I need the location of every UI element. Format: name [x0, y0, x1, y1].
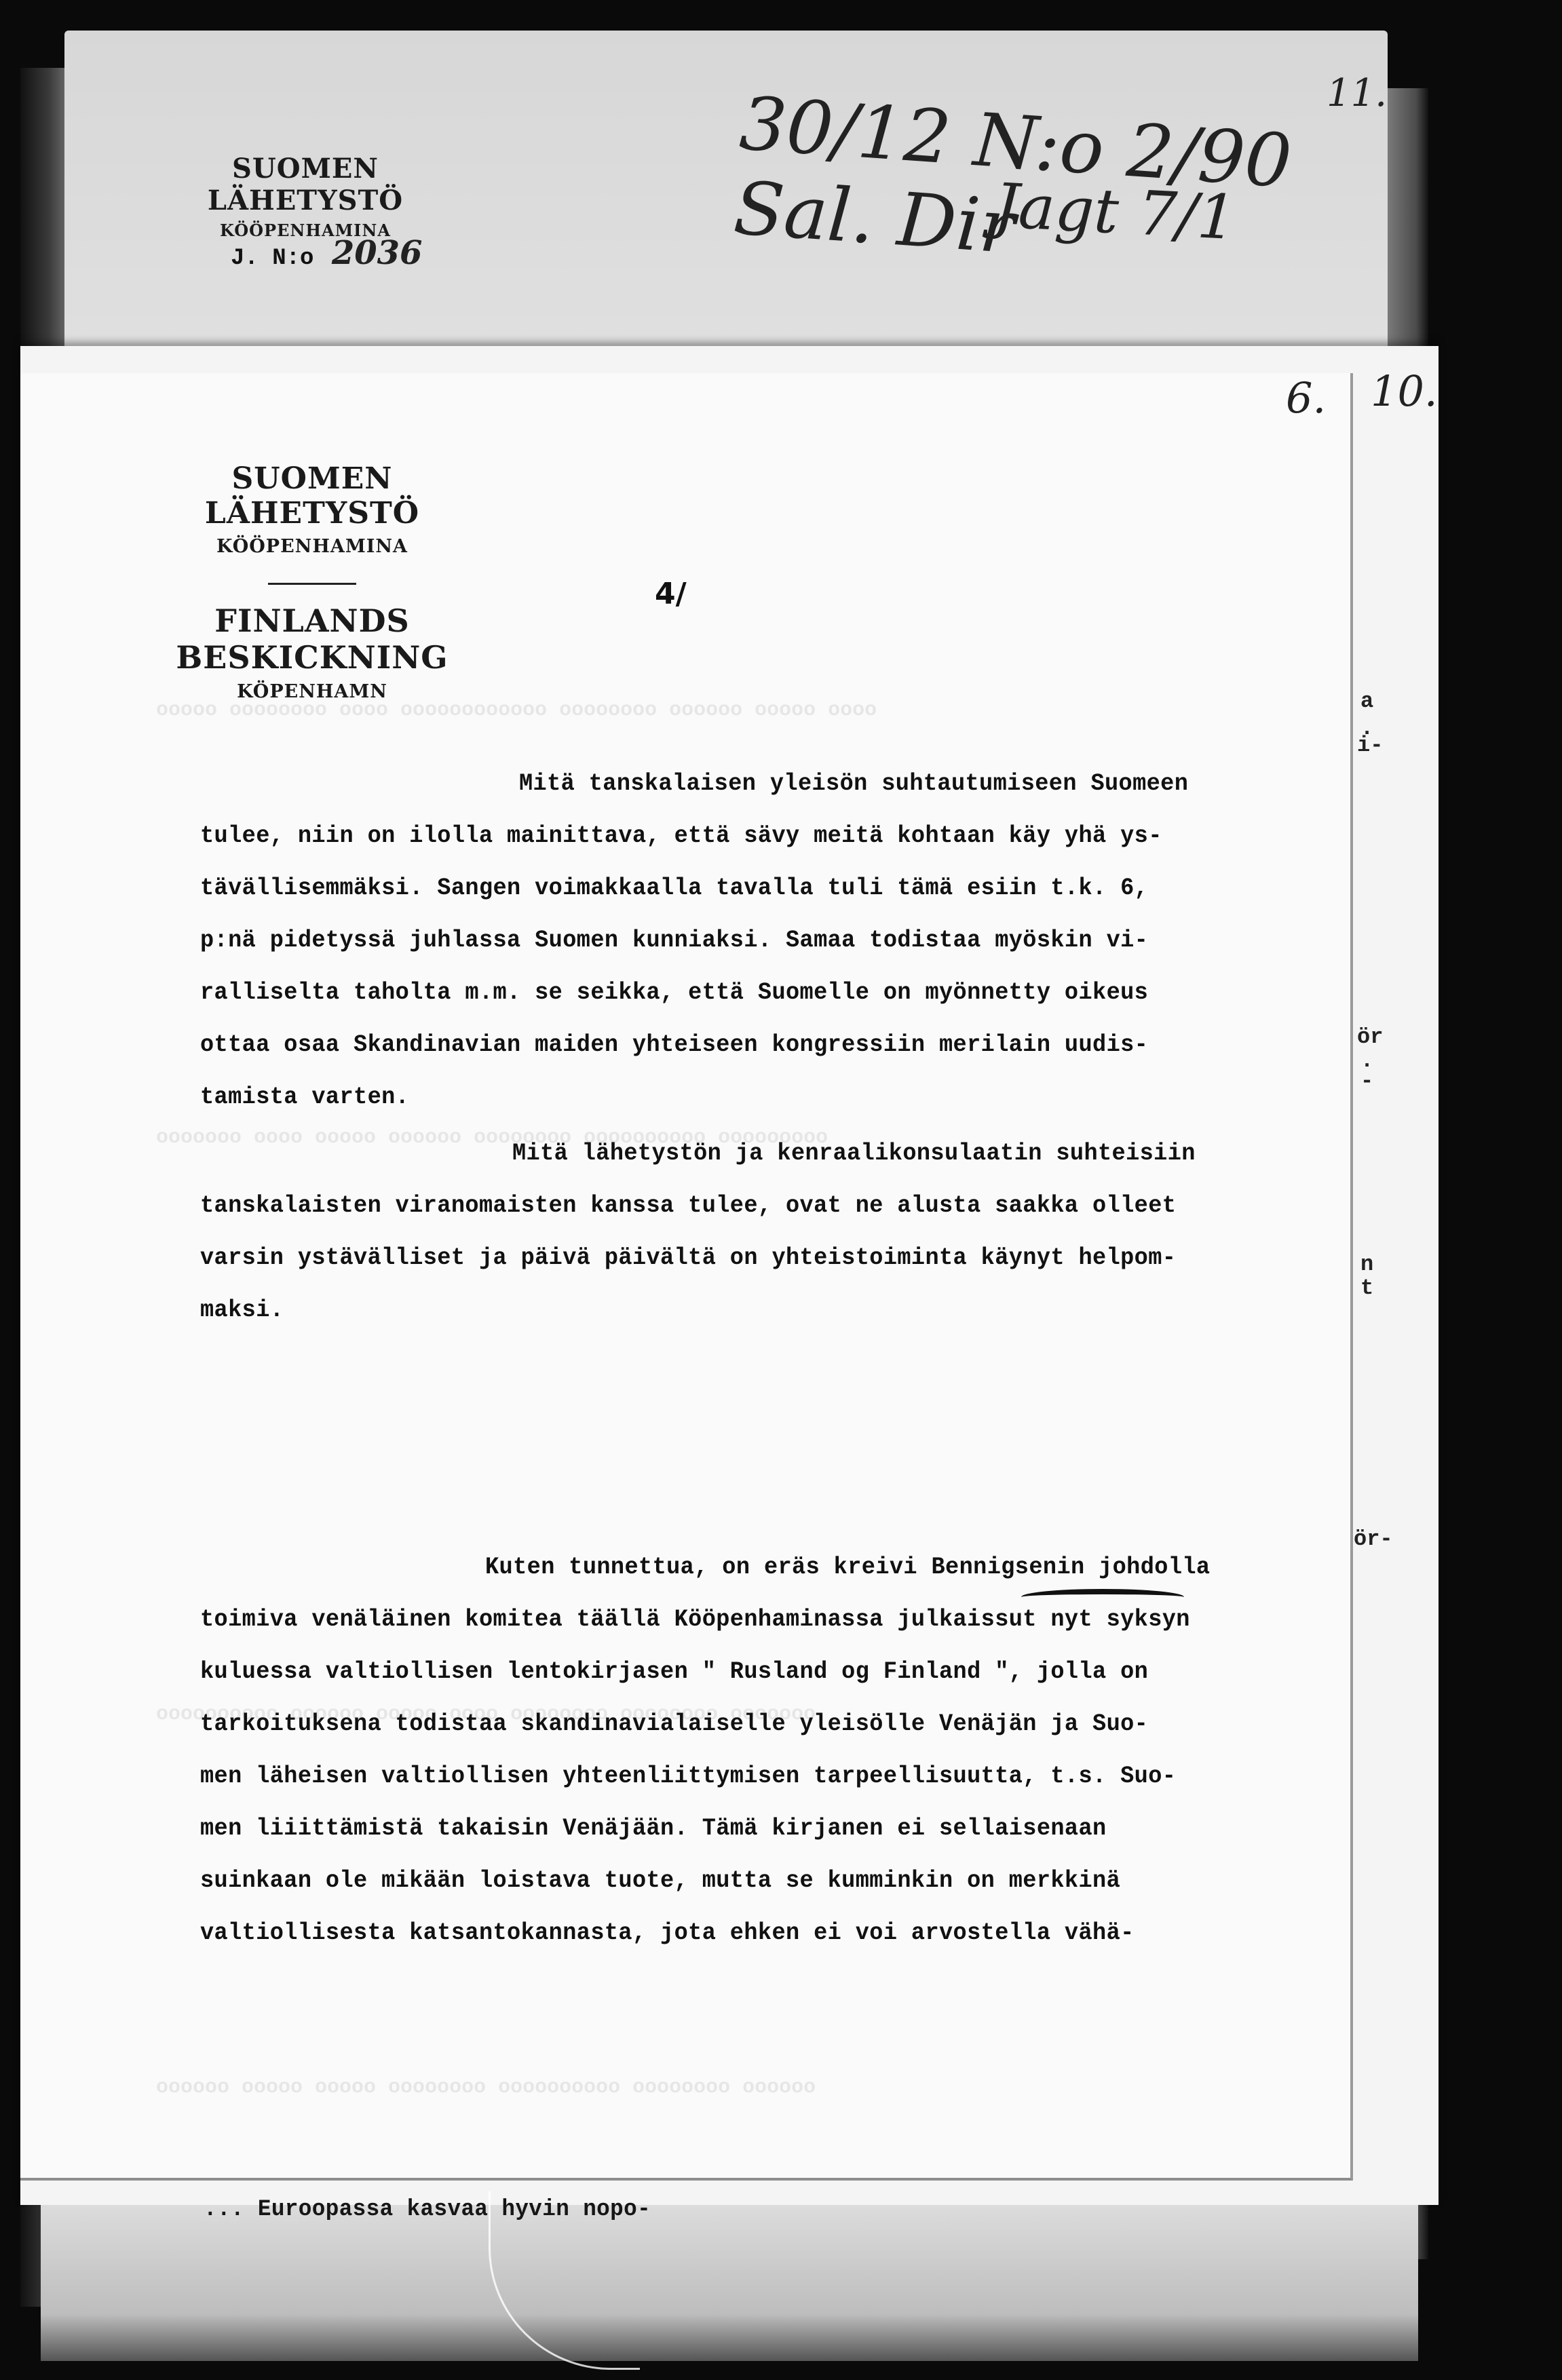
front-sheet: ooooo oooooooo oooo oooooooooooo ooooooo…	[20, 346, 1439, 2205]
journal-number: J. N:o 2036	[231, 234, 422, 272]
margin-fragment: ör	[1357, 1024, 1383, 1050]
body-line: tarkoituksena todistaa skandinavialaisel…	[200, 1710, 1148, 1738]
body-line: p:nä pidetyssä juhlassa Suomen kunniaksi…	[200, 927, 1148, 954]
letterhead-finnish-line1: SUOMEN LÄHETYSTÖ	[122, 461, 502, 531]
body-line: ottaa osaa Skandinavian maiden yhteiseen…	[200, 1031, 1148, 1058]
back-letterhead: SUOMEN LÄHETYSTÖ KÖÖPENHAMINA	[163, 153, 448, 240]
body-line: varsin ystävälliset ja päivä päivältä on…	[200, 1244, 1176, 1271]
margin-fragment: ör-	[1354, 1527, 1393, 1552]
section-number: 4/	[655, 577, 687, 611]
handwritten-reference-line2: Jagt 7/1	[992, 170, 1238, 254]
body-line: toimiva venäläinen komitea täällä Kööpen…	[200, 1606, 1190, 1633]
bleed-through-text: oooooo ooooo ooooo oooooooo oooooooooo o…	[156, 2076, 816, 2099]
letterhead-swedish-line1: FINLANDS BESKICKNING	[122, 602, 502, 676]
letterhead-finnish-line2: KÖÖPENHAMINA	[122, 536, 502, 557]
body-line: Kuten tunnettua, on eräs kreivi Bennigse…	[485, 1554, 1210, 1581]
body-line: men liiittämistä takaisin Venäjään. Tämä…	[200, 1815, 1107, 1842]
page-number-inner: 6.	[1286, 373, 1326, 423]
body-line: tanskalaisten viranomaisten kanssa tulee…	[200, 1192, 1176, 1219]
body-line: tulee, niin on ilolla mainittava, että s…	[200, 822, 1162, 849]
journal-number-value: 2036	[332, 234, 423, 272]
body-line: maksi.	[200, 1297, 284, 1324]
letterhead-swedish-line2: KÖPENHAMN	[122, 681, 502, 702]
margin-fragment: t	[1360, 1275, 1373, 1301]
back-page-number: 11.	[1327, 71, 1387, 115]
body-line: tävällisemmäksi. Sangen voimakkaalla tav…	[200, 875, 1148, 902]
journal-number-label: J. N:o	[231, 246, 313, 271]
back-letterhead-line1: SUOMEN LÄHETYSTÖ	[163, 153, 448, 216]
body-line: Mitä tanskalaisen yleisön suhtautumiseen…	[519, 770, 1188, 797]
body-line: kuluessa valtiollisen lentokirjasen " Ru…	[200, 1658, 1148, 1685]
body-line: suinkaan ole mikään loistava tuote, mutt…	[200, 1867, 1120, 1894]
letterhead-divider	[268, 583, 356, 585]
page-number-outer: 10.	[1371, 366, 1438, 416]
margin-fragment: n	[1360, 1252, 1373, 1277]
margin-fragment: -	[1360, 1069, 1373, 1094]
handwritten-underline-mark	[1021, 1589, 1184, 1605]
lower-sheet: ... Euroopassa kasvaa hyvin nopo-	[41, 2205, 1418, 2361]
body-line: ralliselta taholta m.m. se seikka, että …	[200, 979, 1148, 1006]
letterhead: SUOMEN LÄHETYSTÖ KÖÖPENHAMINA FINLANDS B…	[122, 461, 502, 702]
body-line: tamista varten.	[200, 1083, 409, 1111]
body-line: Mitä lähetystön ja kenraalikonsulaatin s…	[512, 1140, 1196, 1167]
body-line: men läheisen valtiollisen yhteenliittymi…	[200, 1763, 1176, 1790]
margin-fragment: i-	[1357, 733, 1383, 758]
bleed-through-text: ooooo oooooooo oooo oooooooooooo ooooooo…	[156, 699, 877, 722]
margin-fragment: a	[1360, 689, 1373, 714]
body-line: valtiollisesta katsantokannasta, jota eh…	[200, 1919, 1135, 1946]
